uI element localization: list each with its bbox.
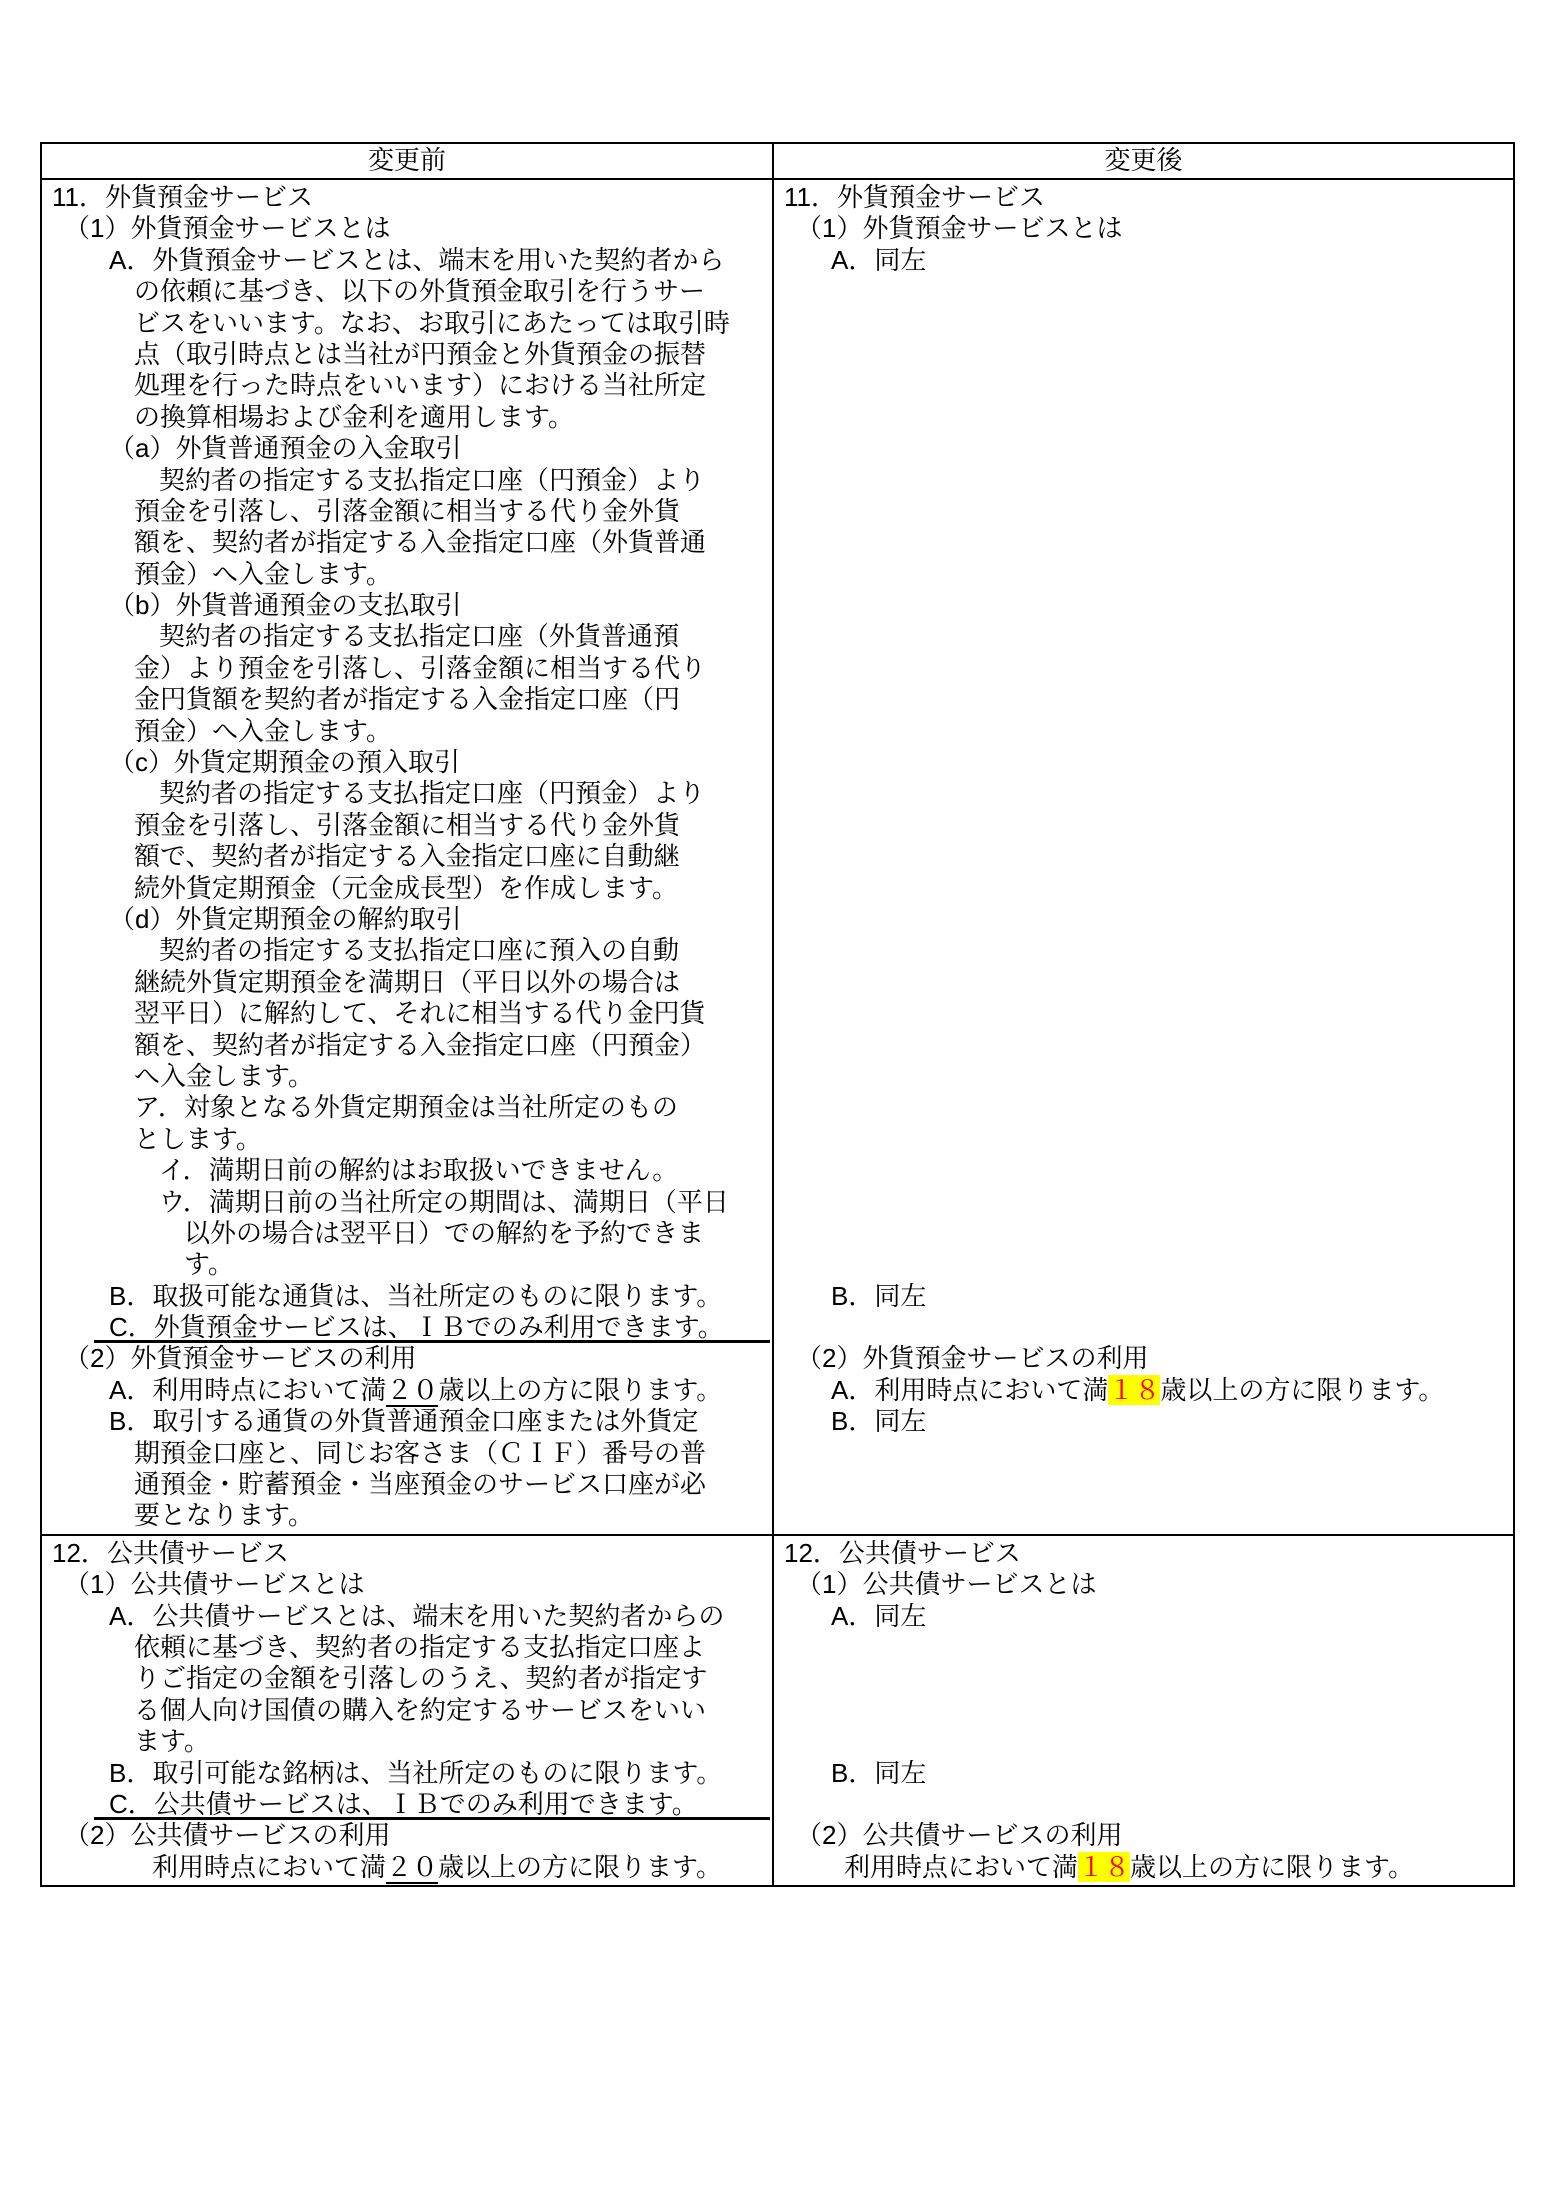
text-line: 金）より預金を引落し、引落金額に相当する代り bbox=[44, 653, 772, 684]
text-line: （c）外貨定期預金の預入取引 bbox=[44, 747, 772, 778]
text-segment: A．同左 bbox=[831, 245, 926, 275]
text-segment: 契約者の指定する支払指定口座（外貨普通預 bbox=[159, 621, 679, 651]
text-segment: の依頼に基づき、以下の外貨預金取引を行うサー bbox=[134, 276, 705, 306]
text-segment: 契約者の指定する支払指定口座（円預金）より bbox=[159, 778, 705, 808]
text-line: （1）外貨預金サービスとは bbox=[44, 213, 772, 244]
text-line bbox=[776, 1092, 1513, 1123]
text-line bbox=[776, 370, 1513, 401]
text-segment: 要となります。 bbox=[134, 1500, 314, 1530]
text-line: 預金を引落し、引落金額に相当する代り金外貨 bbox=[44, 810, 772, 841]
text-line bbox=[776, 1061, 1513, 1092]
text-segment: （b）外貨普通預金の支払取引 bbox=[109, 590, 461, 620]
deleted-underlined-line: C．外貨預金サービスは、ＩＢでのみ利用できます。 bbox=[44, 1312, 772, 1343]
text-segment: 11．外貨預金サービス bbox=[784, 182, 1045, 212]
text-line bbox=[776, 1249, 1513, 1280]
text-line: 処理を行った時点をいいます）における当社所定 bbox=[44, 370, 772, 401]
text-line: 以外の場合は翌平日）での解約を予約できま bbox=[44, 1218, 772, 1249]
text-line bbox=[776, 276, 1513, 307]
text-segment: C．公共債サービスは、ＩＢでのみ利用できます。 bbox=[109, 1789, 698, 1819]
text-line: A．利用時点において満２０歳以上の方に限ります。 bbox=[44, 1375, 772, 1406]
change-comparison-table: 変更前 変更後 11．外貨預金サービス（1）外貨預金サービスとはA．外貨預金サー… bbox=[40, 142, 1515, 1887]
text-segment: る個人向け国債の購入を約定するサービスをいい bbox=[134, 1695, 706, 1725]
text-line bbox=[776, 402, 1513, 433]
text-line: 預金）へ入金します。 bbox=[44, 716, 772, 747]
text-line: 契約者の指定する支払指定口座（円預金）より bbox=[44, 778, 772, 809]
text-segment: 額で、契約者が指定する入金指定口座に自動継 bbox=[134, 841, 679, 871]
highlighted-age-value: １８ bbox=[1078, 1852, 1130, 1882]
text-line: 契約者の指定する支払指定口座に預入の自動 bbox=[44, 935, 772, 966]
text-line bbox=[776, 621, 1513, 652]
text-line: B．取引する通貨の外貨普通預金口座または外貨定 bbox=[44, 1406, 772, 1437]
text-line: 続外貨定期預金（元金成長型）を作成します。 bbox=[44, 873, 772, 904]
text-line bbox=[776, 1124, 1513, 1155]
text-segment: ウ．満期日前の当社所定の期間は、満期日（平日 bbox=[159, 1187, 729, 1217]
text-segment: 利用時点において満 bbox=[844, 1852, 1078, 1882]
underlined-age-value: ２０ bbox=[386, 1375, 438, 1407]
text-segment: 預金を引落し、引落金額に相当する代り金外貨 bbox=[134, 810, 680, 840]
text-segment: B．取扱可能な通貨は、当社所定のものに限ります。 bbox=[109, 1281, 722, 1311]
text-line: A．利用時点において満１８歳以上の方に限ります。 bbox=[776, 1375, 1513, 1406]
text-segment: （2）外貨預金サービスの利用 bbox=[796, 1343, 1148, 1373]
text-segment: 預金）へ入金します。 bbox=[134, 716, 392, 746]
text-line bbox=[776, 747, 1513, 778]
text-line: ます。 bbox=[44, 1726, 772, 1757]
text-line: 11．外貨預金サービス bbox=[776, 182, 1513, 213]
text-segment: 預金）へ入金します。 bbox=[134, 559, 392, 589]
section-12-row: 12．公共債サービス（1）公共債サービスとはA．公共債サービスとは、端末を用いた… bbox=[41, 1535, 1514, 1886]
text-line: ビスをいいます。なお、お取引にあたっては取引時 bbox=[44, 308, 772, 339]
text-line: とします。 bbox=[44, 1124, 772, 1155]
text-line: 契約者の指定する支払指定口座（外貨普通預 bbox=[44, 621, 772, 652]
text-segment: 預金を引落し、引落金額に相当する代り金外貨 bbox=[134, 496, 680, 526]
text-segment: イ．満期日前の解約はお取扱いできません。 bbox=[159, 1155, 678, 1185]
text-segment: （1）公共債サービスとは bbox=[64, 1569, 364, 1599]
text-line: A．同左 bbox=[776, 245, 1513, 276]
text-segment: 以外の場合は翌平日）での解約を予約できま bbox=[184, 1218, 704, 1248]
text-segment: B．取引可能な銘柄は、当社所定のものに限ります。 bbox=[109, 1758, 722, 1788]
text-line: 要となります。 bbox=[44, 1500, 772, 1531]
text-segment: 12．公共債サービス bbox=[52, 1538, 289, 1568]
text-line: ウ．満期日前の当社所定の期間は、満期日（平日 bbox=[44, 1187, 772, 1218]
text-line: 預金）へ入金します。 bbox=[44, 559, 772, 590]
text-segment: （1）外貨預金サービスとは bbox=[64, 213, 390, 243]
text-line bbox=[776, 1187, 1513, 1218]
text-line bbox=[776, 653, 1513, 684]
text-segment: 金）より預金を引落し、引落金額に相当する代り bbox=[134, 653, 706, 683]
text-line bbox=[776, 590, 1513, 621]
text-line: 通預金・貯蓄預金・当座預金のサービス口座が必 bbox=[44, 1469, 772, 1500]
text-line bbox=[776, 433, 1513, 464]
text-line: （2）公共債サービスの利用 bbox=[776, 1820, 1513, 1851]
text-line bbox=[776, 716, 1513, 747]
text-segment: 歳以上の方に限ります。 bbox=[1130, 1852, 1414, 1882]
text-segment: B．同左 bbox=[831, 1406, 926, 1436]
text-line bbox=[776, 967, 1513, 998]
text-line bbox=[776, 1155, 1513, 1186]
text-line bbox=[776, 1632, 1513, 1663]
text-line: B．同左 bbox=[776, 1758, 1513, 1789]
text-line bbox=[776, 998, 1513, 1029]
text-line bbox=[776, 1438, 1513, 1469]
text-line: 利用時点において満１８歳以上の方に限ります。 bbox=[776, 1852, 1513, 1883]
cell-before-section-11: 11．外貨預金サービス（1）外貨預金サービスとはA．外貨預金サービスとは、端末を… bbox=[41, 179, 773, 1535]
text-line bbox=[776, 778, 1513, 809]
text-segment: B．同左 bbox=[831, 1281, 926, 1311]
text-segment: 契約者の指定する支払指定口座に預入の自動 bbox=[159, 935, 679, 965]
text-line bbox=[776, 496, 1513, 527]
text-line: B．取引可能な銘柄は、当社所定のものに限ります。 bbox=[44, 1758, 772, 1789]
text-segment: 11．外貨預金サービス bbox=[52, 182, 313, 212]
text-line bbox=[776, 935, 1513, 966]
text-line: B．同左 bbox=[776, 1281, 1513, 1312]
text-segment: C．外貨預金サービスは、ＩＢでのみ利用できます。 bbox=[109, 1312, 724, 1342]
text-segment: 利用時点において満 bbox=[152, 1852, 386, 1882]
text-segment: （2）公共債サービスの利用 bbox=[796, 1820, 1122, 1850]
text-line bbox=[776, 684, 1513, 715]
text-line: 翌平日）に解約して、それに相当する代り金円貨 bbox=[44, 998, 772, 1029]
text-line: 点（取引時点とは当社が円預金と外貨預金の振替 bbox=[44, 339, 772, 370]
text-line bbox=[776, 339, 1513, 370]
text-line: の換算相場および金利を適用します。 bbox=[44, 402, 772, 433]
text-line bbox=[776, 841, 1513, 872]
text-line: 依頼に基づき、契約者の指定する支払指定口座よ bbox=[44, 1632, 772, 1663]
text-line bbox=[776, 465, 1513, 496]
text-segment: ビスをいいます。なお、お取引にあたっては取引時 bbox=[134, 308, 730, 338]
text-line: 額で、契約者が指定する入金指定口座に自動継 bbox=[44, 841, 772, 872]
deleted-underlined-line: C．公共債サービスは、ＩＢでのみ利用できます。 bbox=[44, 1789, 772, 1820]
text-line bbox=[776, 559, 1513, 590]
text-line bbox=[776, 1218, 1513, 1249]
text-line: す。 bbox=[44, 1249, 772, 1280]
text-line: （b）外貨普通預金の支払取引 bbox=[44, 590, 772, 621]
text-segment: A．外貨預金サービスとは、端末を用いた契約者から bbox=[109, 245, 724, 275]
text-segment: （c）外貨定期預金の預入取引 bbox=[109, 747, 460, 777]
cell-after-section-12: 12．公共債サービス（1）公共債サービスとはA．同左B．同左（2）公共債サービス… bbox=[773, 1535, 1514, 1886]
text-line bbox=[776, 1469, 1513, 1500]
text-line: 預金を引落し、引落金額に相当する代り金外貨 bbox=[44, 496, 772, 527]
text-segment: 額を、契約者が指定する入金指定口座（円預金） bbox=[134, 1030, 706, 1060]
text-segment: 額を、契約者が指定する入金指定口座（外貨普通 bbox=[134, 527, 706, 557]
text-line: 額を、契約者が指定する入金指定口座（円預金） bbox=[44, 1030, 772, 1061]
text-segment: 歳以上の方に限ります。 bbox=[1160, 1375, 1444, 1405]
text-segment: 依頼に基づき、契約者の指定する支払指定口座よ bbox=[134, 1632, 705, 1662]
text-line: ア．対象となる外貨定期預金は当社所定のもの bbox=[44, 1092, 772, 1123]
text-line bbox=[776, 1726, 1513, 1757]
text-segment: りご指定の金額を引落しのうえ、契約者が指定す bbox=[134, 1663, 708, 1693]
text-line: B．取扱可能な通貨は、当社所定のものに限ります。 bbox=[44, 1281, 772, 1312]
text-line: イ．満期日前の解約はお取扱いできません。 bbox=[44, 1155, 772, 1186]
header-row: 変更前 変更後 bbox=[41, 143, 1514, 179]
text-line: （2）公共債サービスの利用 bbox=[44, 1820, 772, 1851]
text-line: りご指定の金額を引落しのうえ、契約者が指定す bbox=[44, 1663, 772, 1694]
text-line bbox=[776, 1695, 1513, 1726]
text-line bbox=[776, 308, 1513, 339]
text-line bbox=[776, 873, 1513, 904]
text-segment: の換算相場および金利を適用します。 bbox=[134, 402, 574, 432]
text-segment: 期預金口座と、同じお客さま（ＣＩＦ）番号の普 bbox=[134, 1438, 706, 1468]
text-segment: （2）公共債サービスの利用 bbox=[64, 1820, 390, 1850]
text-segment: B．取引する通貨の外貨普通預金口座または外貨定 bbox=[109, 1406, 698, 1436]
cell-before-section-12: 12．公共債サービス（1）公共債サービスとはA．公共債サービスとは、端末を用いた… bbox=[41, 1535, 773, 1886]
text-segment: 翌平日）に解約して、それに相当する代り金円貨 bbox=[134, 998, 705, 1028]
text-line bbox=[776, 527, 1513, 558]
text-line bbox=[776, 1500, 1513, 1531]
text-line: 期預金口座と、同じお客さま（ＣＩＦ）番号の普 bbox=[44, 1438, 772, 1469]
text-line bbox=[776, 810, 1513, 841]
text-line: B．同左 bbox=[776, 1406, 1513, 1437]
text-line bbox=[776, 1663, 1513, 1694]
text-segment: （a）外貨普通預金の入金取引 bbox=[109, 433, 461, 463]
text-line: A．同左 bbox=[776, 1601, 1513, 1632]
text-line: 額を、契約者が指定する入金指定口座（外貨普通 bbox=[44, 527, 772, 558]
text-line bbox=[776, 1030, 1513, 1061]
text-line: A．外貨預金サービスとは、端末を用いた契約者から bbox=[44, 245, 772, 276]
text-line: 12．公共債サービス bbox=[44, 1538, 772, 1569]
highlighted-age-value: １８ bbox=[1108, 1375, 1160, 1405]
text-segment: A．利用時点において満 bbox=[831, 1375, 1108, 1405]
text-line: 利用時点において満２０歳以上の方に限ります。 bbox=[44, 1852, 772, 1883]
underlined-age-value: ２０ bbox=[386, 1852, 438, 1884]
text-segment: A．利用時点において満 bbox=[109, 1375, 386, 1405]
text-line: 継続外貨定期預金を満期日（平日以外の場合は bbox=[44, 967, 772, 998]
text-segment: B．同左 bbox=[831, 1758, 926, 1788]
text-segment: （1）外貨預金サービスとは bbox=[796, 213, 1122, 243]
text-segment: 続外貨定期預金（元金成長型）を作成します。 bbox=[134, 873, 678, 903]
text-line: 11．外貨預金サービス bbox=[44, 182, 772, 213]
text-segment: 処理を行った時点をいいます）における当社所定 bbox=[134, 370, 706, 400]
text-line: 金円貨額を契約者が指定する入金指定口座（円 bbox=[44, 684, 772, 715]
section-11-row: 11．外貨預金サービス（1）外貨預金サービスとはA．外貨預金サービスとは、端末を… bbox=[41, 179, 1514, 1535]
text-segment: （2）外貨預金サービスの利用 bbox=[64, 1343, 416, 1373]
text-line: A．公共債サービスとは、端末を用いた契約者からの bbox=[44, 1601, 772, 1632]
text-segment: 継続外貨定期預金を満期日（平日以外の場合は bbox=[134, 967, 680, 997]
text-line: （2）外貨預金サービスの利用 bbox=[776, 1343, 1513, 1374]
text-segment: A．公共債サービスとは、端末を用いた契約者からの bbox=[109, 1601, 724, 1631]
text-segment: （d）外貨定期預金の解約取引 bbox=[109, 904, 461, 934]
text-segment: 歳以上の方に限ります。 bbox=[438, 1852, 722, 1882]
text-line: （a）外貨普通預金の入金取引 bbox=[44, 433, 772, 464]
text-segment: す。 bbox=[184, 1249, 234, 1279]
text-line: る個人向け国債の購入を約定するサービスをいい bbox=[44, 1695, 772, 1726]
text-line: （1）外貨預金サービスとは bbox=[776, 213, 1513, 244]
header-after: 変更後 bbox=[773, 143, 1514, 179]
text-line: （2）外貨預金サービスの利用 bbox=[44, 1343, 772, 1374]
text-line: 契約者の指定する支払指定口座（円預金）より bbox=[44, 465, 772, 496]
text-segment: ます。 bbox=[134, 1726, 210, 1756]
text-segment: ア．対象となる外貨定期預金は当社所定のもの bbox=[134, 1092, 678, 1122]
text-segment: （1）公共債サービスとは bbox=[796, 1569, 1096, 1599]
text-segment: 歳以上の方に限ります。 bbox=[438, 1375, 722, 1405]
text-segment: 契約者の指定する支払指定口座（円預金）より bbox=[159, 465, 705, 495]
text-line: 12．公共債サービス bbox=[776, 1538, 1513, 1569]
cell-after-section-11: 11．外貨預金サービス（1）外貨預金サービスとはA．同左B．同左（2）外貨預金サ… bbox=[773, 179, 1514, 1535]
text-line: へ入金します。 bbox=[44, 1061, 772, 1092]
document-page: { "page": { "background": "#ffffff" }, "… bbox=[0, 0, 1551, 2198]
text-segment: 12．公共債サービス bbox=[784, 1538, 1021, 1568]
text-line bbox=[776, 1789, 1513, 1820]
text-segment: 金円貨額を契約者が指定する入金指定口座（円 bbox=[134, 684, 680, 714]
text-segment: へ入金します。 bbox=[134, 1061, 314, 1091]
text-line bbox=[776, 904, 1513, 935]
text-line: （1）公共債サービスとは bbox=[776, 1569, 1513, 1600]
header-before: 変更前 bbox=[41, 143, 773, 179]
text-segment: とします。 bbox=[134, 1124, 262, 1154]
text-segment: 点（取引時点とは当社が円預金と外貨預金の振替 bbox=[134, 339, 706, 369]
text-segment: 通預金・貯蓄預金・当座預金のサービス口座が必 bbox=[134, 1469, 706, 1499]
text-segment: A．同左 bbox=[831, 1601, 926, 1631]
text-line bbox=[776, 1312, 1513, 1343]
text-line: （1）公共債サービスとは bbox=[44, 1569, 772, 1600]
text-line: の依頼に基づき、以下の外貨預金取引を行うサー bbox=[44, 276, 772, 307]
text-line: （d）外貨定期預金の解約取引 bbox=[44, 904, 772, 935]
